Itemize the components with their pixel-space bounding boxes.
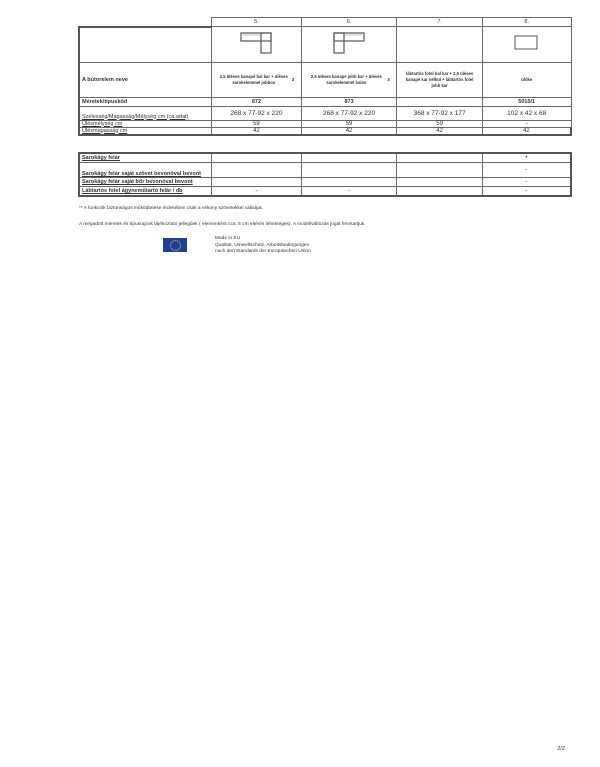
- item-code: 872: [212, 97, 302, 106]
- item-name: 2,5 üléses kanapé jobb kar + üléses saro…: [308, 74, 384, 86]
- item-name: 2,5 üléses kanapé bal kar + üléses sarok…: [219, 74, 289, 86]
- item-name: ülőke: [521, 77, 532, 82]
- footnote-dimensions: A megadott méretek és típusrajzok tájéko…: [79, 222, 366, 227]
- column-number: 8.: [482, 18, 571, 27]
- surcharge-label: Sarokágy felár saját bőr bevonóval bevon…: [79, 178, 212, 187]
- surcharge-value: [212, 153, 302, 163]
- row-label-seat-depth: Ülésmélység cm: [79, 120, 212, 127]
- l-shape-corner-left-icon: [329, 31, 369, 55]
- product-spec-table: 5. 6. 7. 8. A bútorelem nev: [78, 17, 572, 136]
- item-code: [397, 97, 483, 106]
- surcharge-label: Sarokágy felár saját szövet bevonóval be…: [79, 163, 212, 178]
- column-number: 6.: [301, 18, 397, 27]
- surcharge-value: -: [212, 187, 302, 197]
- footnote-functions: ** A funkciók biztonságos működtetése ér…: [79, 206, 263, 211]
- surcharge-value: [212, 178, 302, 187]
- item-seat-depth: 59: [301, 120, 397, 127]
- row-label-name: A bútorelem neve: [79, 62, 212, 97]
- item-name-suffix: 3: [292, 77, 294, 83]
- surcharge-value: •: [482, 153, 571, 163]
- surcharge-value: [397, 153, 483, 163]
- column-number: 5.: [212, 18, 302, 27]
- item-dimensions: 102 x 42 x 68: [482, 106, 571, 120]
- surcharge-value: [301, 153, 397, 163]
- made-in-eu-line: nach den Standards der Europäischen Unio…: [215, 249, 311, 256]
- surcharge-value: -: [482, 163, 571, 178]
- page-number: 2/2: [557, 746, 565, 752]
- item-seat-depth: 59: [212, 120, 302, 127]
- surcharge-label: Lábtartós fotel ágyneműtartó felár / db: [79, 187, 212, 197]
- surcharge-table: Sarokágy felár • Sarokágy felár saját sz…: [78, 152, 572, 197]
- item-seat-height: 42: [397, 127, 483, 135]
- surcharge-value: [397, 187, 483, 197]
- item-name-suffix: 3: [387, 77, 389, 83]
- column-number: 7.: [397, 18, 483, 27]
- item-seat-depth: -: [482, 120, 571, 127]
- item-name: lábtartós fotel bal kar + 2,5 üléses kan…: [404, 71, 476, 89]
- item-dimensions: 268 x 77-92 x 220: [301, 106, 397, 120]
- ottoman-rect-icon: [512, 33, 542, 53]
- item-seat-depth: 59: [397, 120, 483, 127]
- item-code: 873: [301, 97, 397, 106]
- item-seat-height: 42: [301, 127, 397, 135]
- eu-flag-icon: [163, 238, 187, 252]
- surcharge-value: [301, 178, 397, 187]
- surcharge-value: -: [482, 178, 571, 187]
- item-seat-height: 42: [482, 127, 571, 135]
- surcharge-label: Sarokágy felár: [79, 153, 212, 163]
- surcharge-value: -: [301, 187, 397, 197]
- row-label-dimensions: Szélesség/Magasság/Mélység cm (ca.adat): [79, 106, 212, 120]
- row-label-code: Méretek/típuskód: [79, 97, 212, 106]
- item-seat-height: 42: [212, 127, 302, 135]
- item-code: 5010/1: [482, 97, 571, 106]
- made-in-eu-block: Made in EU Qualität, Umweltschutz, Arbei…: [215, 236, 311, 256]
- l-shape-corner-right-icon: [236, 31, 276, 55]
- surcharge-value: -: [482, 187, 571, 197]
- surcharge-value: [397, 178, 483, 187]
- surcharge-value: [301, 163, 397, 178]
- item-dimensions: 368 x 77-92 x 177: [397, 106, 483, 120]
- item-dimensions: 268 x 77-92 x 220: [212, 106, 302, 120]
- surcharge-value: [397, 163, 483, 178]
- row-label-seat-height: Ülésmagasság cm: [79, 127, 212, 135]
- surcharge-value: [212, 163, 302, 178]
